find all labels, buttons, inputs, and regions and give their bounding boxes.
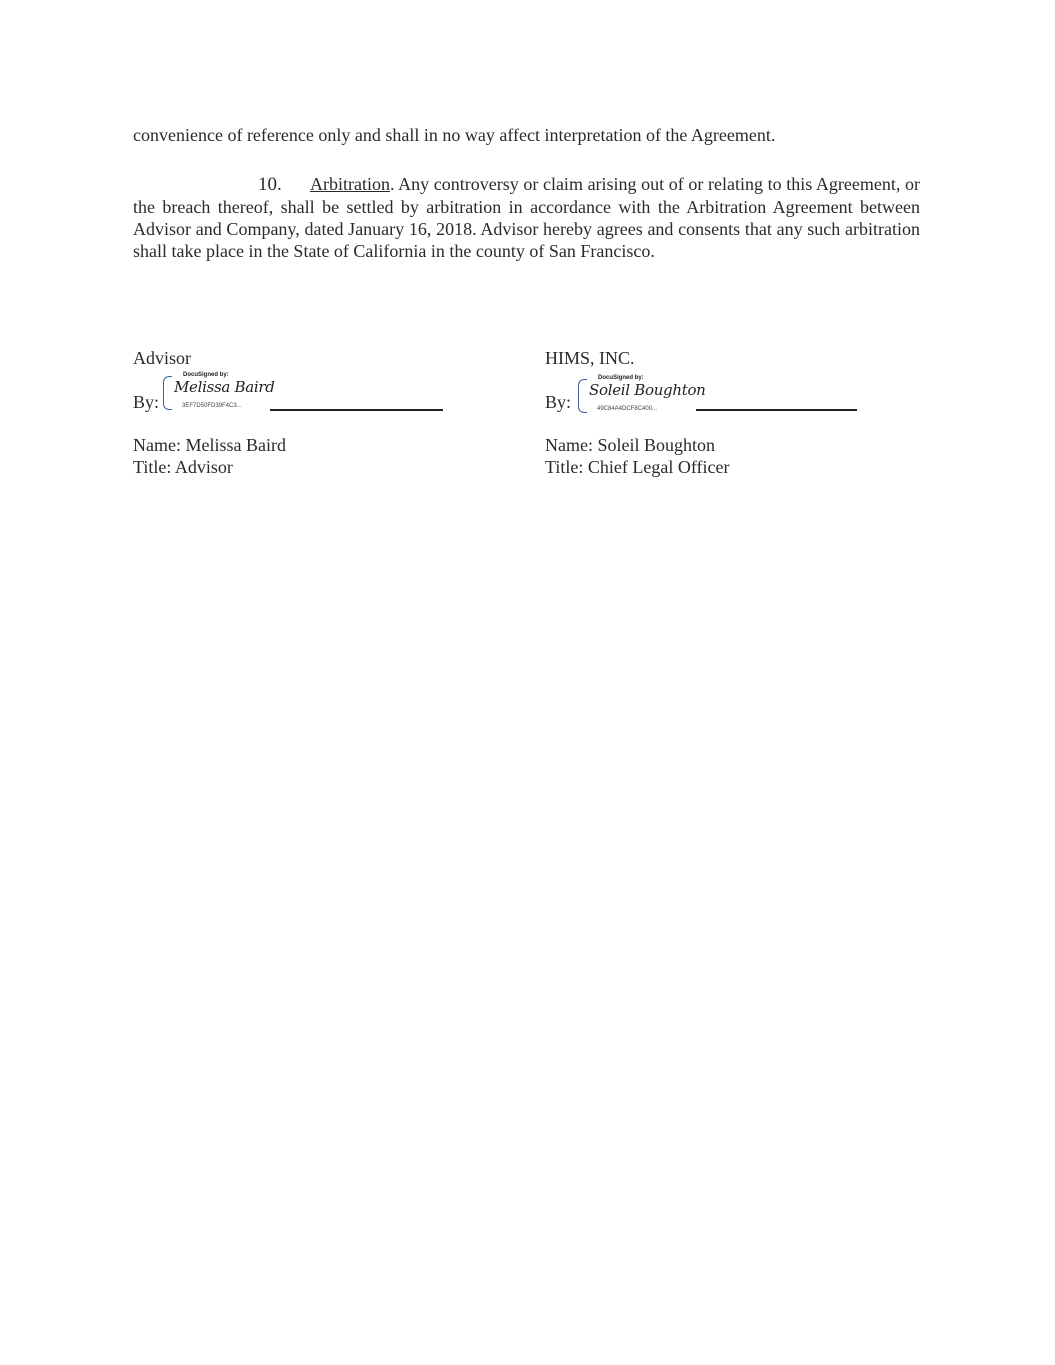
envelope-id: 49C84A4DCF8C400... [597,406,657,412]
envelope-id: 3EF7D50FD39F4C3... [182,403,242,409]
left-docusign-signature: DocuSigned by: Melissa Baird 3EF7D50FD39… [163,372,263,410]
right-name-line: Name: Soleil Boughton [545,435,715,456]
right-signature-line [696,409,857,411]
section-10-arbitration: 10.Arbitration. Any controversy or claim… [133,173,920,262]
left-by-label: By: [133,392,159,413]
docusign-bracket-icon [578,379,587,413]
section-heading: Arbitration [310,174,390,194]
section-body: . Any controversy or claim arising out o… [133,174,920,261]
right-title-line: Title: Chief Legal Officer [545,457,729,478]
left-signature-line [270,409,443,411]
right-by-label: By: [545,392,571,413]
left-name-line: Name: Melissa Baird [133,435,286,456]
left-title-line: Title: Advisor [133,457,233,478]
section-number: 10. [258,174,310,196]
signature-text: Soleil Boughton [589,381,706,399]
signature-text: Melissa Baird [174,378,275,396]
right-party-label: HIMS, INC. [545,348,635,369]
left-party-label: Advisor [133,348,191,369]
continuation-text: convenience of reference only and shall … [133,125,775,146]
right-docusign-signature: DocuSigned by: Soleil Boughton 49C84A4DC… [578,375,678,413]
docusign-bracket-icon [163,376,172,410]
